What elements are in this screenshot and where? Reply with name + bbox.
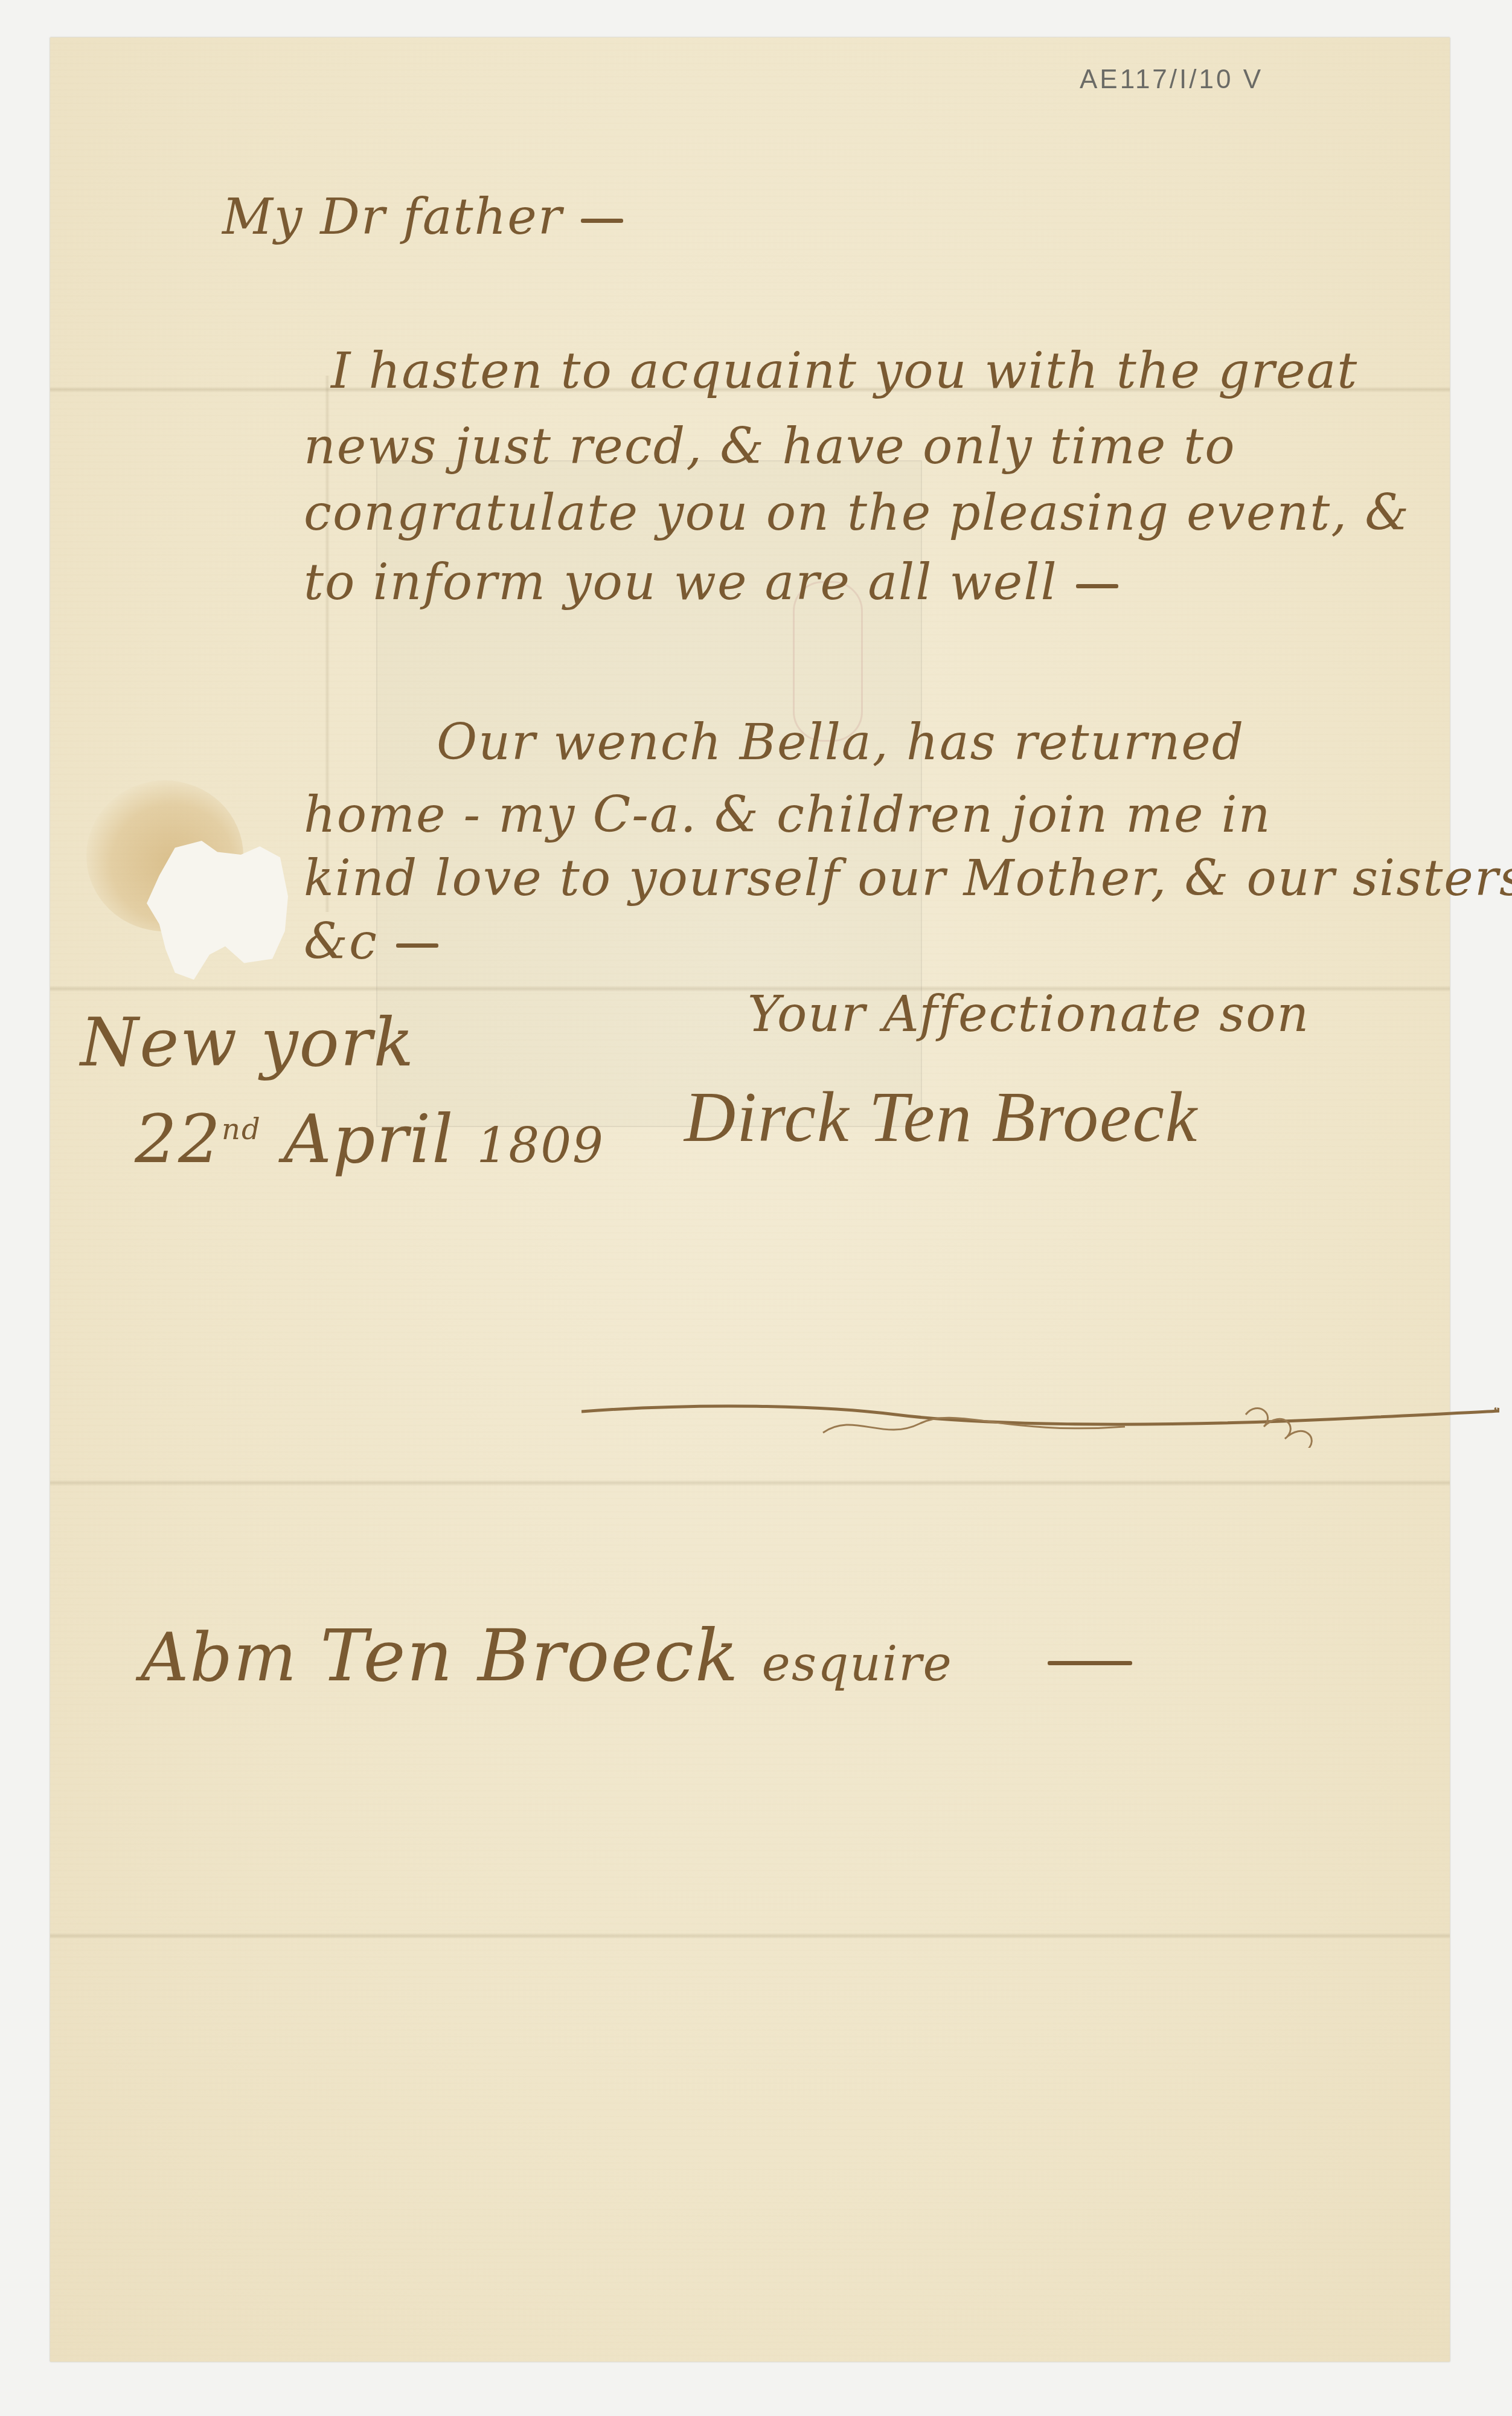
- body-line-7: kind love to yourself our Mother, & our …: [304, 850, 1512, 907]
- dash-mark: [396, 943, 438, 948]
- dash-mark: [1048, 1661, 1132, 1665]
- body-line-6: home - my C-a. & children join me in: [304, 786, 1272, 844]
- addressee-prefix: Abm: [141, 1619, 298, 1696]
- signature: Dirck Ten Broeck: [684, 1076, 1198, 1158]
- date-month: April: [284, 1100, 455, 1178]
- salutation-text: My Dr father: [222, 188, 563, 246]
- date-year: 1809: [476, 1117, 604, 1174]
- body-line-4-text: to inform you we are all well: [304, 554, 1058, 611]
- dash-mark: [1076, 584, 1118, 588]
- letter-paper: AE117/I/10 V My Dr father I hasten to ac…: [50, 37, 1450, 2362]
- addressee: Abm Ten Broeck esquire: [141, 1614, 1132, 1697]
- addressee-suffix: esquire: [762, 1636, 953, 1692]
- dash-mark: [581, 219, 623, 223]
- body-line-8-text: &c: [304, 913, 378, 971]
- body-line-8: &c: [304, 913, 438, 971]
- catalog-mark: AE117/I/10 V: [1080, 65, 1263, 95]
- signature-flourish: [581, 1399, 1499, 1448]
- date-day-suffix: nd: [222, 1113, 261, 1146]
- body-line-1: I hasten to acquaint you with the great: [331, 342, 1358, 400]
- closing: Your Affectionate son: [748, 986, 1310, 1043]
- addressee-name: Ten Broeck: [320, 1614, 739, 1697]
- body-line-4: to inform you we are all well: [304, 554, 1118, 611]
- body-line-3: congratulate you on the pleasing event, …: [304, 484, 1410, 542]
- torn-seal-hole: [147, 841, 304, 980]
- salutation: My Dr father: [222, 188, 623, 246]
- body-line-2: news just recd, & have only time to: [304, 418, 1236, 475]
- body-line-5: Our wench Bella, has returned: [437, 714, 1245, 771]
- fold-line: [50, 1480, 1450, 1486]
- date: 22nd April 1809: [135, 1100, 604, 1178]
- place: New york: [80, 1004, 415, 1081]
- fold-line: [50, 1933, 1450, 1939]
- date-day: 22: [135, 1100, 222, 1178]
